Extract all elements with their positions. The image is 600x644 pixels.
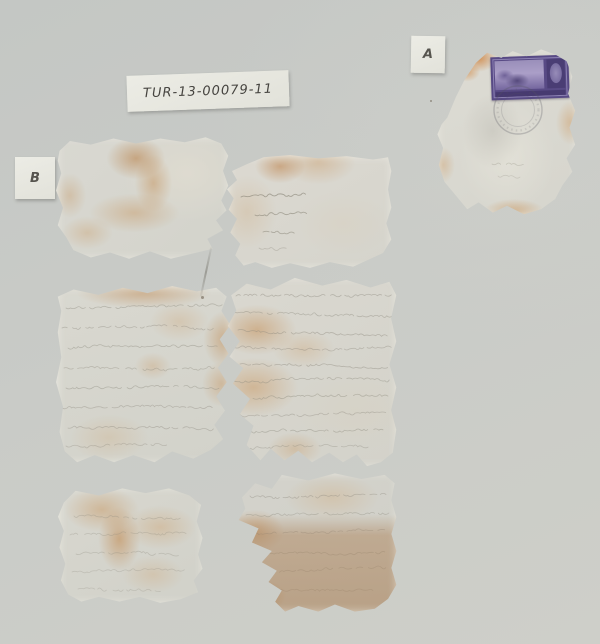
handwriting-lines [232, 472, 398, 613]
handwriting-lines [226, 276, 398, 468]
catalog-label: TUR-13-00079-11 [126, 70, 289, 112]
marker-label-b: B [15, 157, 55, 199]
letter-fragment-b4 [226, 276, 398, 468]
marker-label-a: A [411, 36, 446, 74]
catalog-label-text: TUR-13-00079-11 [143, 81, 273, 101]
letter-fragment-b1 [56, 136, 230, 260]
handwriting-lines [58, 486, 204, 604]
stamp-portrait [546, 59, 565, 89]
envelope-fragment-a [436, 46, 578, 216]
letter-fragment-b5 [58, 486, 204, 604]
paper-speck [201, 296, 204, 299]
marker-b-text: B [30, 171, 40, 186]
handwriting-lines [56, 286, 232, 464]
photo-background: TUR-13-00079-11 A B [0, 0, 600, 644]
paper-speck [430, 100, 432, 102]
marker-a-text: A [423, 47, 433, 62]
letter-fragment-b3 [56, 286, 232, 464]
stamp-portrait-oval [550, 63, 563, 83]
letter-fragment-b6 [232, 472, 398, 613]
handwriting-lines [227, 155, 393, 269]
letter-fragment-b2 [227, 155, 393, 269]
postmark-icon [492, 84, 544, 136]
